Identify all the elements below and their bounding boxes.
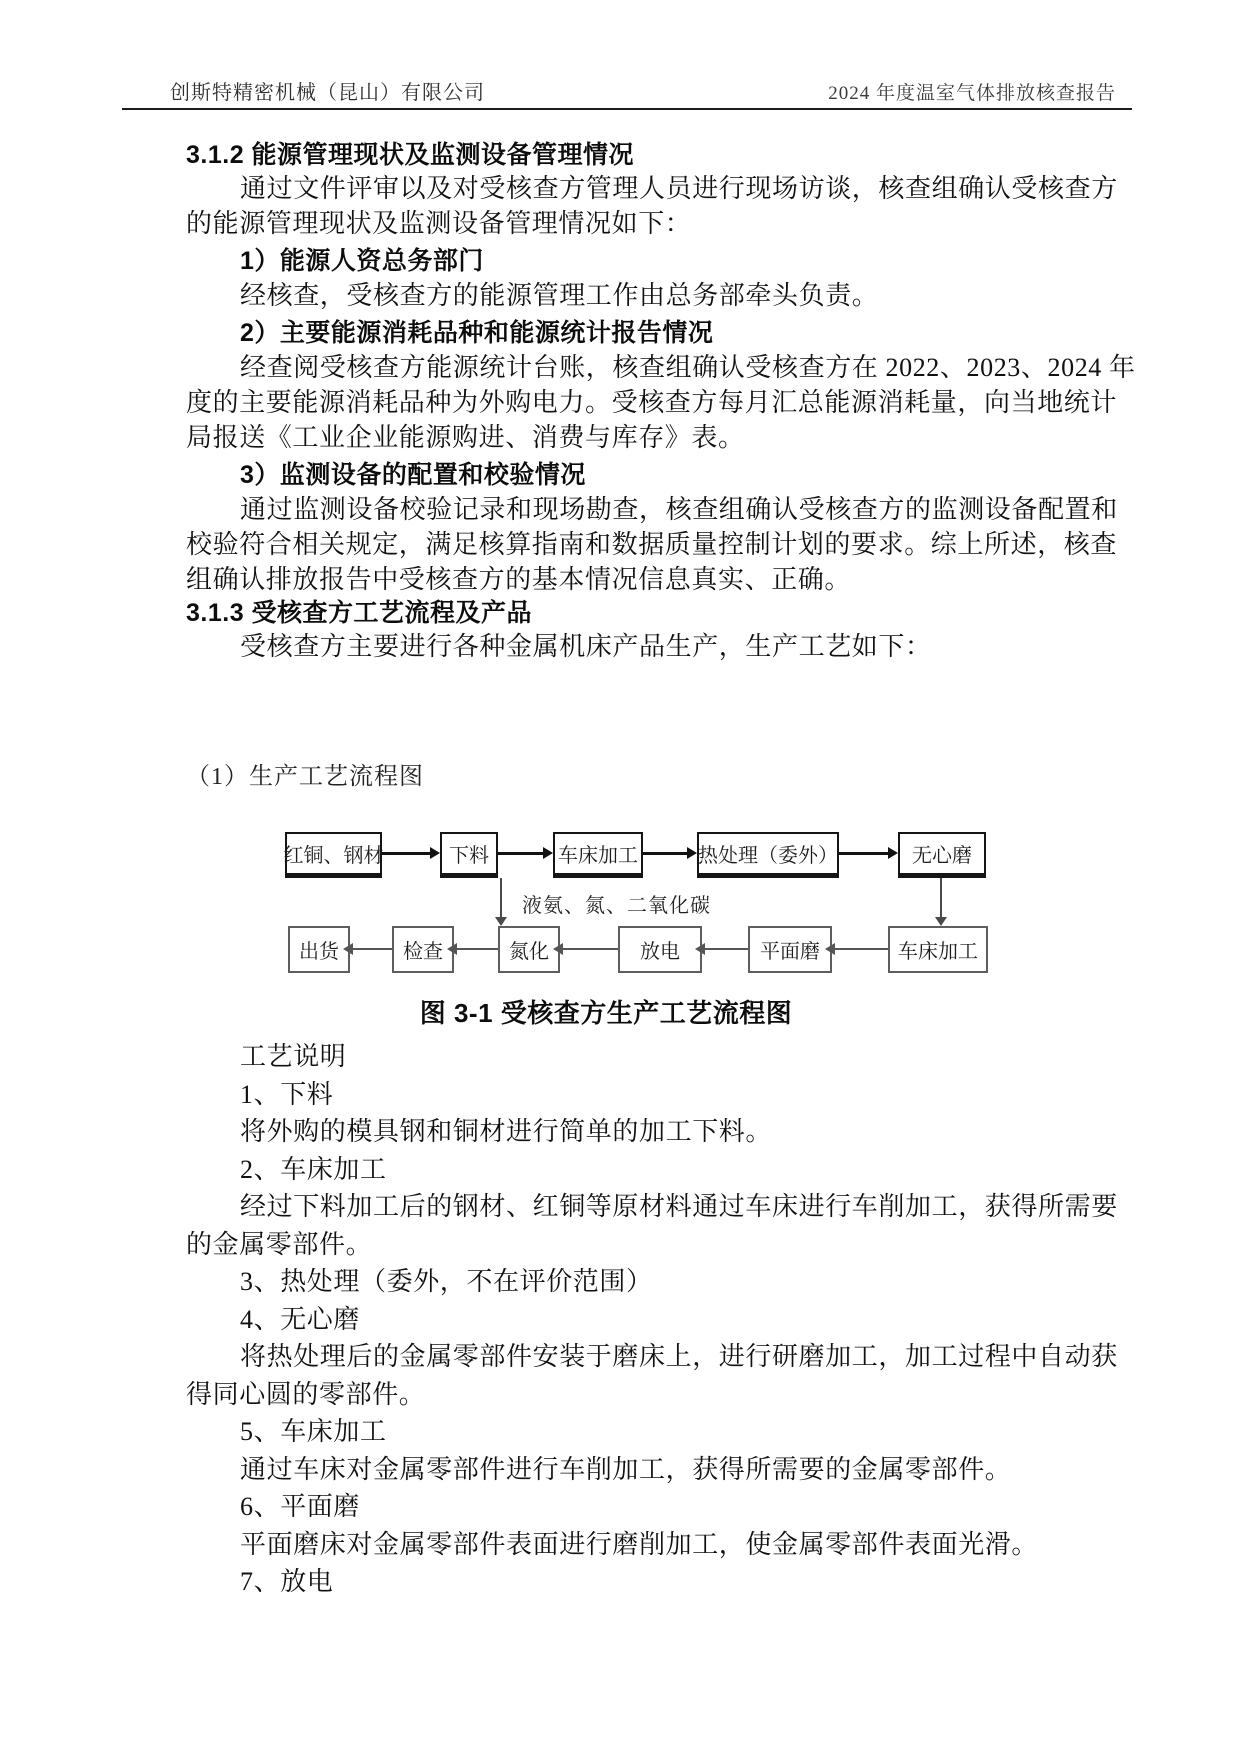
box-cutting: 下料 bbox=[440, 832, 498, 878]
section-313-intro: 受核查方主要进行各种金属机床产品生产，生产工艺如下： bbox=[186, 629, 1136, 664]
box-surface-grinding: 平面磨 bbox=[748, 926, 832, 973]
section-312-intro: 通过文件评审以及对受核查方管理人员进行现场访谈，核查组确认受核查方的能源管理现状… bbox=[186, 171, 1136, 241]
arrow-cutting-to-lathe bbox=[498, 852, 544, 855]
arrow-surface-to-edm bbox=[704, 948, 748, 950]
process-step-6-text: 平面磨床对金属零部件表面进行磨削加工，使金属零部件表面光滑。 bbox=[186, 1526, 1136, 1564]
box-shipping: 出货 bbox=[288, 926, 350, 973]
process-step-1-heading: 1、下料 bbox=[186, 1076, 1136, 1114]
box-inspection: 检查 bbox=[392, 926, 454, 973]
process-step-3-heading: 3、热处理（委外，不在评价范围） bbox=[186, 1263, 1136, 1301]
process-step-2-text: 经过下料加工后的钢材、红铜等原材料通过车床进行车削加工，获得所需要的金属零部件。 bbox=[186, 1188, 1136, 1263]
process-step-2-heading: 2、车床加工 bbox=[186, 1151, 1136, 1189]
figure-label: （1）生产工艺流程图 bbox=[186, 762, 1136, 792]
process-step-4-heading: 4、无心磨 bbox=[186, 1301, 1136, 1339]
arrow-grinding-to-lathe2 bbox=[940, 878, 942, 917]
box-centerless-grinding: 无心磨 bbox=[898, 832, 986, 878]
process-notes: 工艺说明 1、下料 将外购的模具钢和铜材进行简单的加工下料。 2、车床加工 经过… bbox=[186, 1038, 1136, 1601]
arrow-lathe-to-heat bbox=[643, 852, 688, 855]
box-edm-discharge: 放电 bbox=[618, 926, 702, 973]
arrow-inspect-to-shipping bbox=[352, 948, 392, 950]
header-company: 创斯特精密机械（昆山）有限公司 bbox=[170, 76, 485, 105]
arrow-cutting-to-nitriding bbox=[500, 878, 502, 917]
figure-caption: 图 3-1 受核查方生产工艺流程图 bbox=[186, 996, 1136, 1030]
process-step-1-text: 将外购的模具钢和铜材进行简单的加工下料。 bbox=[186, 1113, 1136, 1151]
document-page: 创斯特精密机械（昆山）有限公司 2024 年度温室气体排放核查报告 3.1.2 … bbox=[0, 0, 1240, 1753]
item-2-text: 经查阅受核查方能源统计台账，核查组确认受核查方在 2022、2023、2024 … bbox=[186, 350, 1136, 455]
process-step-6-heading: 6、平面磨 bbox=[186, 1488, 1136, 1526]
page-header: 创斯特精密机械（昆山）有限公司 2024 年度温室气体排放核查报告 bbox=[170, 76, 1116, 105]
arrow-edm-to-nitriding bbox=[562, 948, 618, 950]
document-body: 3.1.2 能源管理现状及监测设备管理情况 通过文件评审以及对受核查方管理人员进… bbox=[186, 139, 1136, 1601]
arrow-lathe2-to-surface bbox=[834, 948, 888, 950]
item-1-text: 经核查，受核查方的能源管理工作由总务部牵头负责。 bbox=[186, 278, 1136, 313]
item-1-heading: 1）能源人资总务部门 bbox=[186, 244, 1136, 278]
process-flowchart: 红铜、钢材 下料 车床加工 热处理（委外） 无心磨 液氨、氮、二氧化碳 出货 检… bbox=[0, 816, 1240, 981]
item-2-heading: 2）主要能源消耗品种和能源统计报告情况 bbox=[186, 316, 1136, 350]
arrow-raw-to-cutting bbox=[382, 852, 431, 855]
process-step-5-text: 通过车床对金属零部件进行车削加工，获得所需要的金属零部件。 bbox=[186, 1451, 1136, 1489]
header-report-title: 2024 年度温室气体排放核查报告 bbox=[828, 78, 1116, 105]
box-lathe-machining-1: 车床加工 bbox=[553, 832, 643, 878]
section-heading-312: 3.1.2 能源管理现状及监测设备管理情况 bbox=[186, 139, 1136, 171]
item-3-heading: 3）监测设备的配置和校验情况 bbox=[186, 458, 1136, 492]
box-raw-material: 红铜、钢材 bbox=[285, 832, 382, 878]
box-nitriding: 氮化 bbox=[498, 926, 560, 973]
arrow-heat-to-grinding bbox=[839, 852, 889, 855]
box-heat-treatment: 热处理（委外） bbox=[697, 832, 839, 878]
process-step-4-text: 将热处理后的金属零部件安装于磨床上，进行研磨加工，加工过程中自动获得同心圆的零部… bbox=[186, 1338, 1136, 1413]
item-3-text: 通过监测设备校验记录和现场勘查，核查组确认受核查方的监测设备配置和校验符合相关规… bbox=[186, 492, 1136, 597]
box-lathe-machining-2: 车床加工 bbox=[888, 926, 988, 973]
section-heading-313: 3.1.3 受核查方工艺流程及产品 bbox=[186, 597, 1136, 629]
process-notes-title: 工艺说明 bbox=[186, 1038, 1136, 1076]
header-divider bbox=[122, 108, 1132, 110]
process-step-7-heading: 7、放电 bbox=[186, 1563, 1136, 1601]
process-step-5-heading: 5、车床加工 bbox=[186, 1413, 1136, 1451]
arrow-nitriding-to-inspect bbox=[456, 948, 498, 950]
gas-annotation: 液氨、氮、二氧化碳 bbox=[522, 889, 711, 918]
